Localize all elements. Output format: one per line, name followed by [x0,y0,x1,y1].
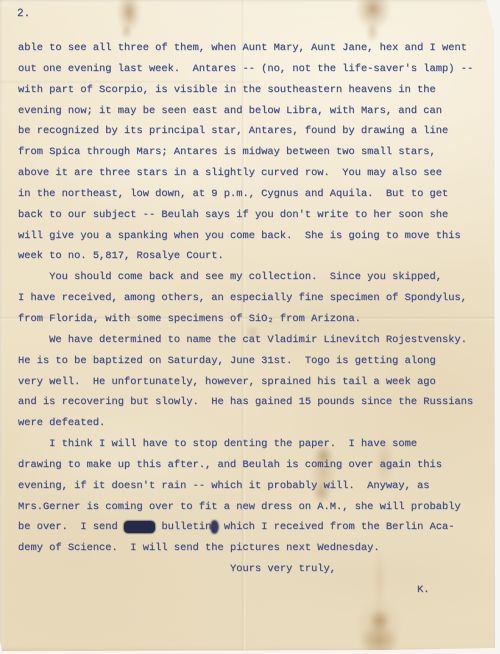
letter-line: evening now; it may be seen east and bel… [18,101,496,122]
letter-line: back to our subject -- Beulah says if yo… [18,205,496,226]
ink-stain-top-center [117,0,141,32]
letter-line: You should come back and see my collecti… [18,267,496,288]
letter-line: We have determined to name the cat Vladi… [18,330,496,351]
letter-line: from Florida, with some specimens of SiO… [18,309,496,330]
stain-bottom-blob [369,609,390,632]
letter-page: 2. able to see all three of them, when A… [0,0,500,654]
letter-line: and is recovering but slowly. He has gai… [18,392,496,413]
ink-stain-top-right [355,0,391,30]
letter-body: able to see all three of them, when Aunt… [18,38,496,601]
letter-text: be over. I send [18,521,124,533]
stain-bottom-halo [355,598,403,654]
letter-line: out one evening last week. Antares -- (n… [18,59,496,80]
ink-stain-top-center-drip [121,24,132,39]
letter-text: which I received from the Berlin Aca- [218,521,455,533]
letter-line: above it are three stars in a slightly c… [18,163,496,184]
letter-text: bulletin [155,521,211,533]
letter-line: in the northeast, low down, at 9 p.m., C… [18,184,496,205]
stain-bottom-blob [359,625,399,654]
letter-line: I have received, among others, an especi… [18,288,496,309]
redacted-word: █████ [124,521,155,533]
letter-line: demy of Science. I will send the picture… [18,538,496,559]
letter-line: Mrs.Gerner is coming over to fit a new d… [18,497,496,518]
letter-line: be recognized by its principal star, Ant… [18,121,496,142]
letter-line: be over. I send █████ bulletins which I … [18,517,496,538]
page-number: 2. [17,8,30,20]
letter-line: drawing to make up this after., and Beul… [18,455,496,476]
letter-line: week to no. 5,817, Rosalye Court. [18,246,496,267]
letter-line: with part of Scorpio, is visible in the … [18,80,496,101]
letter-line: I think I will have to stop denting the … [18,434,496,455]
letter-line: able to see all three of them, when Aunt… [18,38,496,59]
letter-line: He is to be baptized on Saturday, June 3… [18,351,496,372]
letter-line: were defeated. [18,413,496,434]
scanned-letter: 2. able to see all three of them, when A… [0,0,500,654]
letter-line: very well. He unfortunately, however, sp… [18,372,496,393]
letter-line: evening, if it doesn't rain -- which it … [18,476,496,497]
letter-line: will give you a spanking when you come b… [18,226,496,247]
signature-initial: K. [18,580,496,601]
closing-valediction: Yours very truly, [18,559,496,580]
letter-line: from Spica through Mars; Antares is midw… [18,142,496,163]
